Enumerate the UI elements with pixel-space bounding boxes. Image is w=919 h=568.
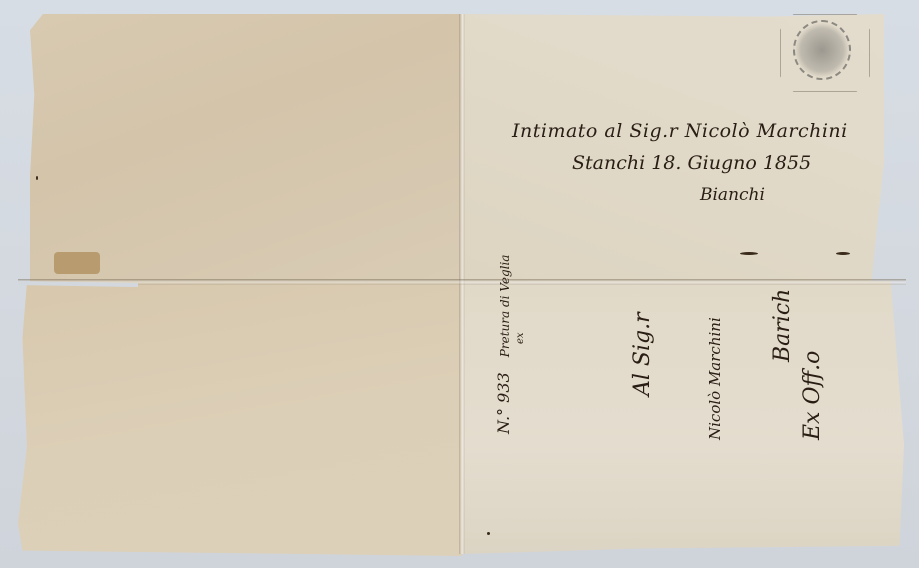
paper-panel-bottom-right <box>462 281 904 554</box>
horizontal-fold-crease <box>18 279 906 285</box>
paper-panel-top-left <box>30 14 462 284</box>
reference-small-note: ex <box>515 332 526 344</box>
ink-dot <box>36 176 38 180</box>
ink-dot <box>487 532 490 535</box>
reference-number: N.° 933 Pretura di Veglia <box>494 255 513 434</box>
recipient-name: Nicolò Marchini <box>706 317 724 440</box>
brown-stain <box>54 252 100 274</box>
ink-mark <box>740 252 758 255</box>
revenue-stamp-icon <box>793 20 851 80</box>
service-note: Ex Off.o <box>800 351 825 440</box>
note-line-1: Intimato al Sig.r Nicolò Marchini <box>512 120 848 142</box>
recipient-place: Barich <box>770 289 795 362</box>
note-line-2-date: Stanchi 18. Giugno 1855 <box>572 152 811 174</box>
note-signature: Bianchi <box>700 185 765 205</box>
document-photo: Intimato al Sig.r Nicolò Marchini Stanch… <box>0 0 919 568</box>
paper-panel-bottom-left <box>18 283 462 556</box>
ink-mark <box>836 252 850 255</box>
reference-note: Pretura di Veglia <box>498 255 512 358</box>
recipient-honorific: Al Sig.r <box>630 312 655 396</box>
